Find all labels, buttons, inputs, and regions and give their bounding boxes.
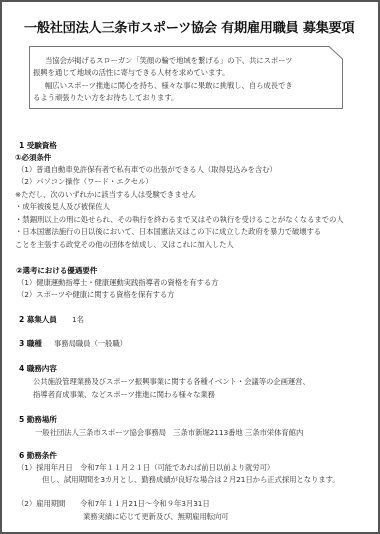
document-page: 一般社団法人三条市スポーツ協会 有期雇用職員 募集要項 当協会が掲げるスローガン… — [0, 0, 380, 534]
intro-line: 当協会が掲げるスローガン「笑顔の輪で地域を繋げる」の下、共にスポーツ — [41, 55, 341, 67]
hire-date-value: 令和7年１１月２１日（可能であれば前日以前より就労可） — [80, 462, 274, 473]
job-description-line: 公共施設管理業務及びスポーツ振興事業に関する各種イベント・会議等の企画運営、 — [33, 376, 310, 387]
section-3-heading: 3 職種 — [19, 338, 42, 349]
preferred-item: （1）健康運動指導士・健康運動実践指導者の資格を有する方 — [17, 277, 218, 288]
preferred-conditions-heading: ②選考における優遇要件 — [16, 265, 97, 276]
required-conditions-heading: ①必須条件 — [15, 152, 51, 163]
intro-line: るよう頑張りたい方をお待ちしております。 — [33, 92, 341, 104]
preferred-item: （2）スポーツや健康に関する資格を保有する方 — [17, 289, 174, 300]
document-title: 一般社団法人三条市スポーツ協会 有期雇用職員 募集要項 — [24, 17, 354, 36]
exclusion-item: ・禁錮刑以上の刑に処せられ、その執行を終わるまで又はその執行を受けることがなくな… — [15, 214, 344, 225]
hire-date-label: （1）採用年月日 — [17, 462, 73, 473]
intro-line: 振興を通じて地域の活性に寄与できる人材を求めています。 — [33, 67, 341, 79]
renewal-note: 業務実績に応じて更新及び、無期雇用転向可 — [83, 511, 229, 522]
job-type-value: 事務局職員（一般職） — [54, 338, 127, 349]
section-4-heading: 4 職務内容 — [19, 363, 57, 374]
required-item: （1）普通自動車免許保有者で私有車での出張ができる人（取得見込みを含む） — [17, 164, 277, 175]
section-1-heading: 1 受験資格 — [19, 140, 57, 151]
exclusion-item: ・日本国憲法施行の日以後において、日本国憲法又はこの下に成立した政府を暴力で破壊… — [15, 226, 321, 237]
job-description-line: 指導者育成事業、などスポーツ推進に関わる様々な業務 — [33, 389, 215, 400]
work-location-value: 一般社団法人三条市スポーツ協会事務局 三条市新堀2113番地 三条市栄体育館内 — [35, 427, 303, 438]
section-6-heading: 6 勤務条件 — [19, 450, 57, 461]
required-item: （2）パソコン操作（ワード・エクセル） — [17, 176, 153, 187]
probation-note: 但し、試用期間を3カ月とし、勤務成績が良好な場合は２月21日から正式採用となりま… — [42, 474, 340, 485]
employment-period-label: （2）雇用期間 — [17, 498, 65, 509]
intro-text: 当協会が掲げるスローガン「笑顔の輪で地域を繋げる」の下、共にスポーツ 振興を通じ… — [41, 55, 341, 105]
exclusion-note: ※ただし、次のいずれかに該当する人は受験できません — [15, 189, 196, 200]
section-5-heading: 5 勤務場所 — [19, 414, 57, 425]
section-2-heading: 2 募集人員 — [19, 314, 57, 325]
employment-period-value: 令和7年１１月21日～令和９年3月31日 — [80, 498, 210, 509]
intro-callout-box: 当協会が掲げるスローガン「笑顔の輪で地域を繋げる」の下、共にスポーツ 振興を通じ… — [29, 46, 343, 109]
intro-line: 幅広いスポーツ推進に関心を持ち、様々な事に果敢に挑戦し、自ら成長でき — [41, 80, 341, 92]
exclusion-item: ・成年被後見人及び被保佐人 — [15, 201, 110, 212]
recruit-count-value: 1名 — [72, 314, 84, 325]
exclusion-item-continued: ことを主張する政党その他の団体を結成し、又はこれに加入した人 — [15, 239, 234, 250]
